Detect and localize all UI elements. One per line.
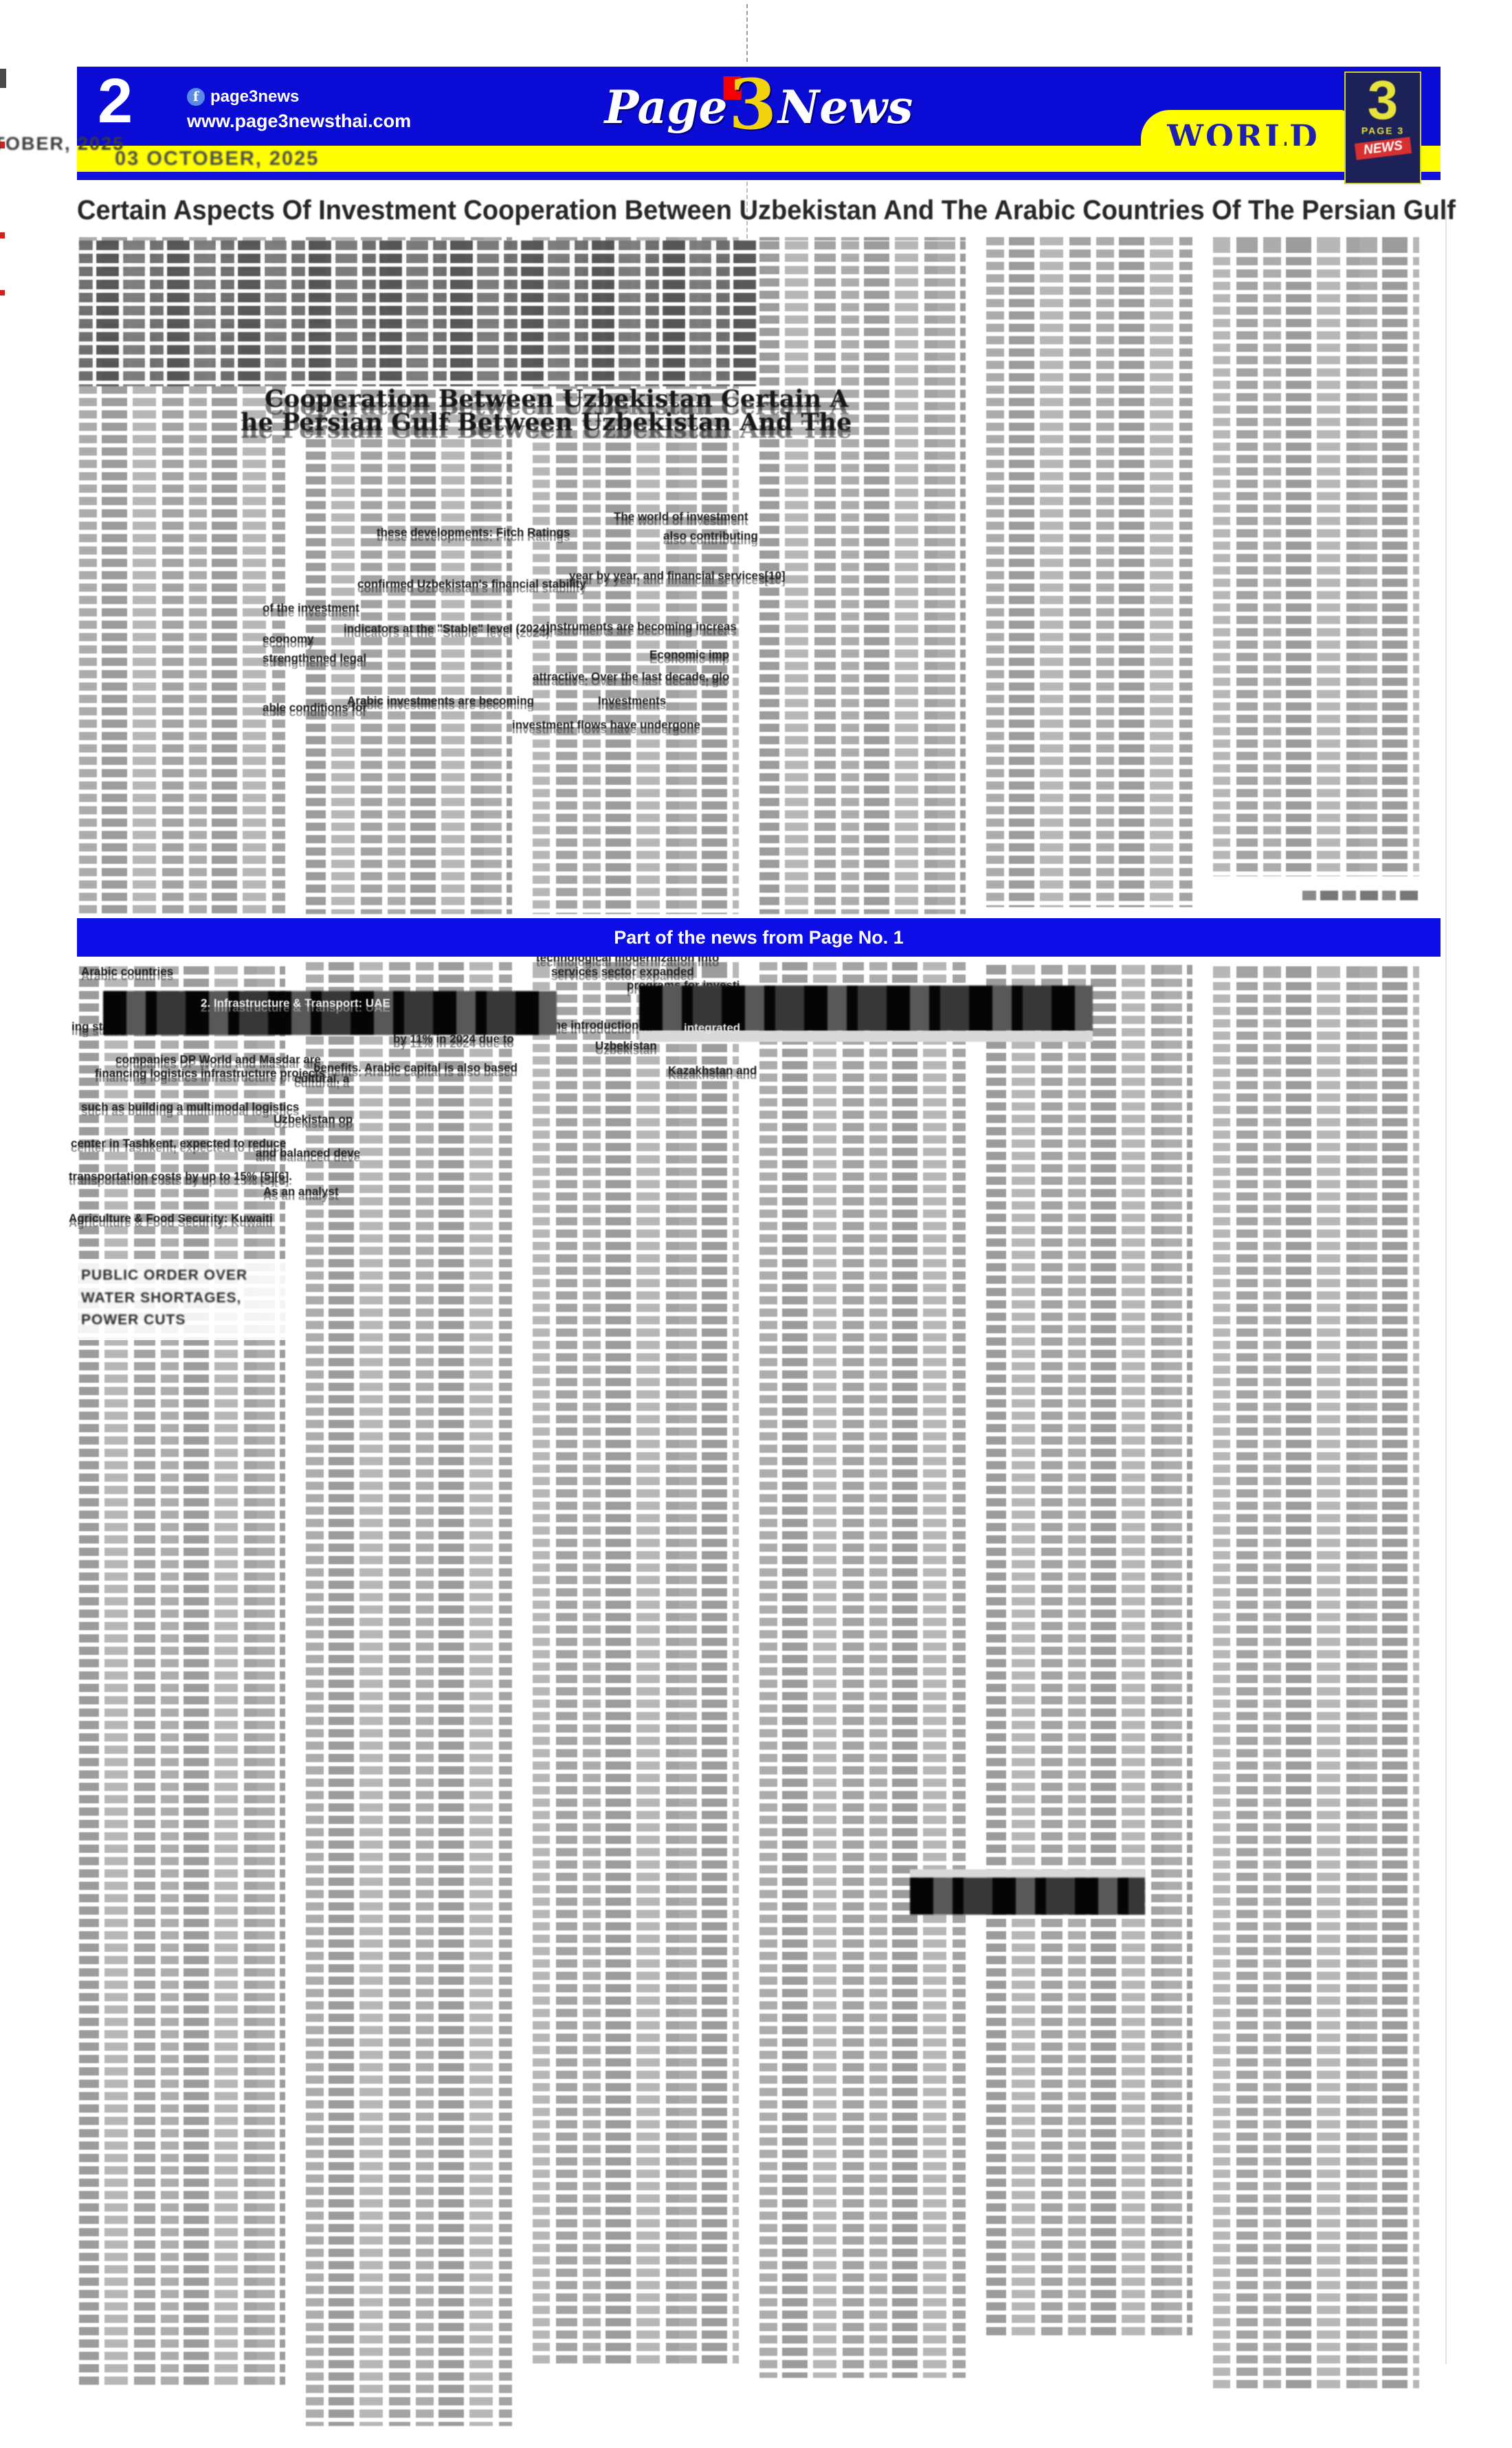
facebook-handle: page3news <box>210 87 299 107</box>
redacted-headline-bar <box>910 1878 1145 1915</box>
newspaper-page: 2 f page3news www.page3newsthai.com Page… <box>0 0 1512 2448</box>
scan-band <box>910 1869 1145 1878</box>
text-fragment: indicators at the "Stable" level (2024). <box>344 622 553 636</box>
text-fragment: cultural, a <box>294 1072 349 1086</box>
overprinted-text-block <box>79 241 756 386</box>
garbled-text-column <box>1213 962 1419 2388</box>
logo-box-digit: 3 <box>1368 73 1399 128</box>
text-fragment: financing logistics infrastructure proje… <box>95 1067 325 1080</box>
text-fragment: attractive. Over the last decade, glo <box>533 670 729 684</box>
facebook-icon: f <box>187 88 205 106</box>
edition-date: 03 OCTOBER, 2025 <box>115 148 319 170</box>
text-fragment: able conditions for <box>263 701 367 715</box>
text-fragment: center in Tashkent, expected to reduce <box>71 1137 286 1150</box>
text-fragment: instruments are becoming increas <box>546 620 737 634</box>
text-fragment: Kazakhstan and <box>668 1064 757 1078</box>
text-fragment: Agriculture & Food Security: Kuwaiti <box>69 1212 273 1225</box>
ghost-subheadline-line2: he Persian Gulf Between Uzbekistan And T… <box>241 408 852 436</box>
header-rule <box>77 172 1441 180</box>
logo-box-banner: NEWS <box>1354 137 1411 160</box>
text-fragment: integrated <box>684 1021 740 1035</box>
website-url: www.page3newsthai.com <box>187 111 411 132</box>
garbled-text-column <box>759 237 966 914</box>
text-fragment: companies DP World and Masdar are <box>115 1053 321 1067</box>
scan-artifact <box>0 290 5 296</box>
text-fragment: the introduction of <box>550 1019 653 1032</box>
text-fragment: 2. Infrastructure & Transport: UAE <box>201 997 390 1010</box>
text-fragment: Arabic countries <box>81 965 173 979</box>
logo-digit-wrap: 3 <box>729 72 777 137</box>
text-fragment: of the investment <box>263 601 359 615</box>
margin-ghost-date: TOBER, 2025 <box>0 133 124 155</box>
logo-word-page: Page <box>605 78 728 137</box>
text-fragment: confirmed Uzbekistan's financial stabili… <box>357 577 586 591</box>
fold-mark <box>746 4 748 62</box>
text-fragment: As an analyst <box>263 1185 339 1199</box>
newspaper-logo: Page 3 News <box>605 72 913 137</box>
facebook-row: f page3news <box>187 87 299 107</box>
garbled-text-column <box>759 962 966 2378</box>
main-headline: Certain Aspects Of Investment Cooperatio… <box>77 195 1435 226</box>
page-number: 2 <box>98 68 133 135</box>
text-fragment: year by year, and financial services[10] <box>569 569 786 583</box>
text-fragment: also contributing <box>663 529 758 543</box>
text-fragment: transportation costs by up to 15% [5][6]… <box>69 1170 292 1183</box>
column-rule <box>1445 206 1447 2364</box>
text-fragment: strengthened legal <box>263 652 366 665</box>
date-strip: 03 OCTOBER, 2025 <box>77 146 1441 172</box>
logo-word-news: News <box>778 78 913 137</box>
garbled-text-column <box>986 237 1192 907</box>
garbled-text-column <box>986 962 1192 2337</box>
garbled-text-column <box>306 962 512 2426</box>
text-fragment: Uzbekistan <box>595 1039 657 1053</box>
subsection-heading: PUBLIC ORDER OVER WATER SHORTAGES, POWER… <box>81 1265 287 1332</box>
text-fragment: Investments <box>598 694 666 708</box>
text-fragment: Arabic investments are becoming <box>347 694 534 708</box>
scan-artifact <box>0 232 5 238</box>
text-fragment: these developments: Fitch Ratings <box>377 526 570 539</box>
text-fragment: The world of investment <box>614 510 748 524</box>
continuation-label: Part of the news from Page No. 1 <box>614 927 904 948</box>
author-signature <box>1302 891 1419 900</box>
text-fragment: investment flows have undergone <box>512 718 700 732</box>
text-fragment: services sector expanded <box>551 965 694 979</box>
garbled-text-column <box>1213 237 1419 876</box>
text-fragment: economy <box>263 632 314 646</box>
garbled-text-column <box>533 962 739 2368</box>
logo-box-label: PAGE 3 <box>1361 125 1404 136</box>
logo-digit: 3 <box>729 64 777 145</box>
continuation-banner: Part of the news from Page No. 1 <box>77 918 1441 957</box>
text-fragment: and balanced deve <box>256 1146 360 1160</box>
text-fragment: such as building a multimodal logistics <box>81 1100 299 1114</box>
page3-logo-box: 3 PAGE 3 NEWS <box>1344 71 1421 184</box>
scan-artifact <box>0 69 6 88</box>
text-fragment: Uzbekistan op <box>274 1113 353 1126</box>
text-fragment: Economic imp <box>649 648 729 662</box>
